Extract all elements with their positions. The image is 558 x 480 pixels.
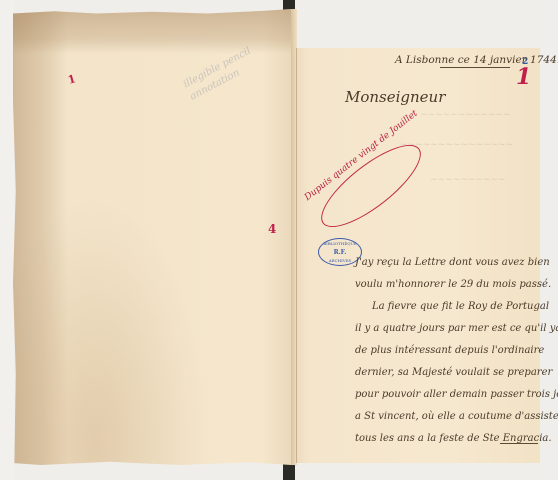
letter-line-8: a St vincent, où elle a coutume d'assist… bbox=[355, 411, 558, 422]
letter-line-7: pour pouvoir aller demain passer trois j… bbox=[355, 389, 558, 400]
bleed-through-text: ~~~~~~~~~~ bbox=[430, 175, 505, 185]
letter-line-3: La fievre que fit le Roy de Portugal bbox=[372, 301, 549, 312]
dateline-underline bbox=[440, 67, 510, 68]
dateline: A Lisbonne ce 14 janvier 1744. bbox=[395, 54, 558, 66]
letter-line-1: J'ay reçu la Lettre dont vous avez bien bbox=[355, 257, 550, 268]
letter-line-2: voulu m'honnorer le 29 du mois passé. bbox=[355, 279, 551, 290]
letter-line-5: de plus intéressant depuis l'ordinaire bbox=[355, 345, 544, 356]
letter-line-6: dernier, sa Majesté voulait se preparer bbox=[355, 367, 552, 378]
salutation: Monseigneur bbox=[345, 88, 445, 106]
left-folio-mark-4: 4 bbox=[268, 222, 276, 236]
stamp-top-text: BIBLIOTHÈQUE bbox=[319, 241, 361, 246]
letter-line-4: il y a quatre jours par mer est ce qu'il… bbox=[355, 323, 558, 334]
bleed-through-text: ~~~~~~~~~~~~ bbox=[420, 110, 511, 120]
folio-number-red: 1 bbox=[516, 64, 531, 90]
scan-background bbox=[0, 0, 14, 480]
stamp-center-text: R.F. bbox=[319, 249, 361, 256]
line-end-dash bbox=[500, 443, 538, 444]
